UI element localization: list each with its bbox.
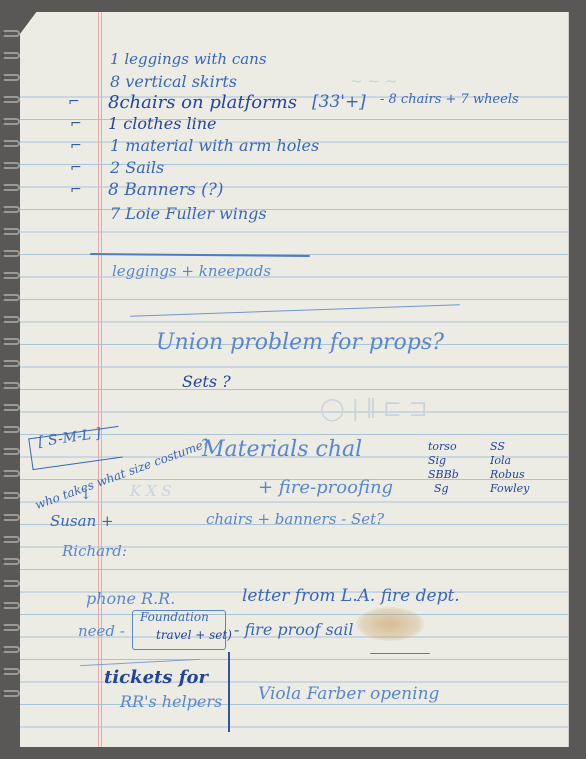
underline <box>370 653 430 654</box>
check-mark: ⌐ <box>70 116 82 132</box>
check-mark: ⌐ <box>68 94 80 110</box>
show-through-wheel-sketch: ◯ | ∥ ⊏ ⊐ <box>320 397 427 422</box>
spiral-coil <box>2 404 20 411</box>
letter-note: letter from L.A. fire dept. <box>242 586 460 606</box>
spiral-coil <box>2 624 20 631</box>
spiral-coil <box>2 140 20 147</box>
spiral-coil <box>2 118 20 125</box>
check-mark: ⌐ <box>70 182 82 198</box>
check-mark: ⌐ <box>70 160 82 176</box>
spiral-coil <box>2 30 20 37</box>
spiral-coil <box>2 646 20 653</box>
spiral-coil <box>2 382 20 389</box>
list-footer: leggings + kneepads <box>112 262 271 280</box>
check-mark: ⌐ <box>70 138 82 154</box>
materials-note: Materials chal <box>202 437 362 462</box>
chairs-banners-note: chairs + banners - Set? <box>206 510 384 528</box>
spiral-coil <box>2 558 20 565</box>
fireproof-sail-note: - fire proof sail <box>234 620 354 639</box>
notebook-page: ~ ~ ~ ◯ | ∥ ⊏ ⊐ K X S ⌐ ⌐ ⌐ ⌐ ⌐ 1 leggin… <box>20 12 569 747</box>
spiral-coil <box>2 162 20 169</box>
spiral-coil <box>2 52 20 59</box>
richard-note: Richard: <box>62 542 127 560</box>
spiral-coil <box>2 514 20 521</box>
spiral-coil <box>2 184 20 191</box>
stain <box>356 607 424 641</box>
spiral-binding <box>0 30 22 745</box>
phone-note: phone R.R. <box>86 589 175 608</box>
spiral-coil <box>2 338 20 345</box>
spiral-coil <box>2 96 20 103</box>
list-item: 1 clothes line <box>108 114 217 133</box>
list-item: 8 Banners (?) <box>108 180 223 200</box>
sets-note: Sets ? <box>182 372 231 391</box>
spiral-coil <box>2 316 20 323</box>
travel-set-note: travel + set) <box>156 628 232 642</box>
spiral-coil <box>2 580 20 587</box>
show-through-text: K X S <box>130 482 172 500</box>
list-item: 2 Sails <box>110 158 164 177</box>
foundation-note: Foundation <box>140 610 209 624</box>
spiral-coil <box>2 74 20 81</box>
need-note: need - <box>78 622 125 640</box>
list-item: 7 Loie Fuller wings <box>110 204 267 223</box>
helpers-note: RR's helpers <box>120 692 222 711</box>
spiral-coil <box>2 206 20 213</box>
fireproofing-note: + fire-proofing <box>258 477 393 498</box>
spiral-coil <box>2 668 20 675</box>
list-item: 1 leggings with cans <box>110 50 267 68</box>
list-item: 8chairs on platforms <box>108 92 297 113</box>
list-item: 8 vertical skirts <box>110 72 237 91</box>
list-item: 1 material with arm holes <box>110 136 319 155</box>
susan-note: Susan + <box>50 512 114 530</box>
list-item-aside: - 8 chairs + 7 wheels <box>380 92 519 107</box>
spiral-coil <box>2 536 20 543</box>
spiral-coil <box>2 294 20 301</box>
spiral-coil <box>2 426 20 433</box>
list-item-note: [33'+] <box>312 92 366 112</box>
side-column-2: SS Iola Robus Fowley <box>490 440 529 496</box>
spiral-coil <box>2 448 20 455</box>
spiral-coil <box>2 492 20 499</box>
spiral-coil <box>2 602 20 609</box>
spiral-coil <box>2 690 20 697</box>
spiral-coil <box>2 360 20 367</box>
spiral-coil <box>2 250 20 257</box>
viola-note: Viola Farber opening <box>258 684 439 704</box>
show-through-sketch: ~ ~ ~ <box>350 72 397 90</box>
divider-line <box>130 304 460 317</box>
underline <box>90 253 310 257</box>
union-note: Union problem for props? <box>156 330 444 355</box>
side-column-1: torso Sig SBBb Sg <box>428 440 459 496</box>
tickets-note: tickets for <box>104 667 208 688</box>
arrow-down: ↓ <box>80 487 92 503</box>
spiral-coil <box>2 228 20 235</box>
spiral-coil <box>2 470 20 477</box>
bracket-line <box>228 652 230 732</box>
spiral-coil <box>2 272 20 279</box>
